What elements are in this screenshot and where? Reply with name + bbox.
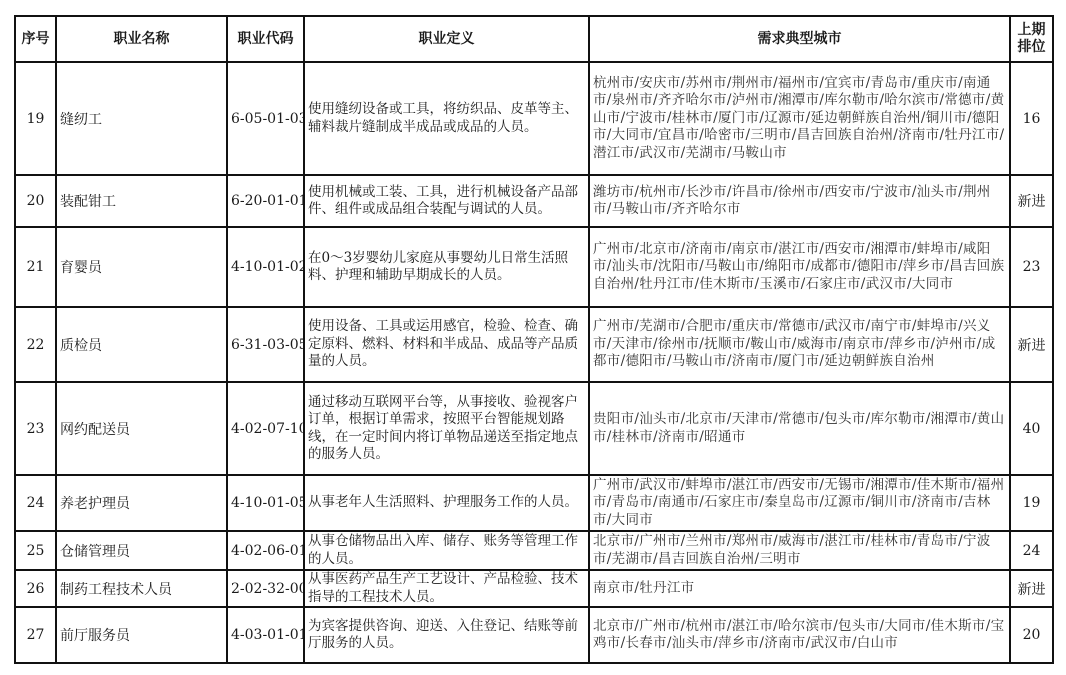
row-definition: 从事老年人生活照料、护理服务工作的人员。	[304, 475, 589, 531]
row-cities: 贵阳市/汕头市/北京市/天津市/常德市/包头市/库尔勒市/湘潭市/黄山市/桂林市…	[589, 382, 1010, 475]
row-name: 装配钳工	[56, 175, 227, 227]
row-cities: 广州市/芜湖市/合肥市/重庆市/常德市/武汉市/南宁市/蚌埠市/兴义市/天津市/…	[589, 307, 1010, 382]
table-row: 24 养老护理员 4-10-01-05 从事老年人生活照料、护理服务工作的人员。…	[15, 475, 1053, 531]
row-code: 4-10-01-05	[227, 475, 304, 531]
row-definition: 为宾客提供咨询、迎送、入住登记、结账等前厅服务的人员。	[304, 607, 589, 663]
header-prev-rank: 上期排位	[1010, 16, 1053, 62]
row-index: 25	[15, 531, 56, 570]
row-code: 4-02-07-10	[227, 382, 304, 475]
row-cities: 北京市/广州市/杭州市/湛江市/哈尔滨市/包头市/大同市/佳木斯市/宝鸡市/长春…	[589, 607, 1010, 663]
header-code: 职业代码	[227, 16, 304, 62]
row-index: 20	[15, 175, 56, 227]
row-index: 26	[15, 570, 56, 607]
table-row: 25 仓储管理员 4-02-06-01 从事仓储物品出入库、储存、账务等管理工作…	[15, 531, 1053, 570]
row-code: 4-03-01-01	[227, 607, 304, 663]
row-cities: 广州市/武汉市/蚌埠市/湛江市/西安市/无锡市/湘潭市/佳木斯市/福州市/青岛市…	[589, 475, 1010, 531]
row-prev-rank: 40	[1010, 382, 1053, 475]
row-prev-rank: 16	[1010, 62, 1053, 175]
row-name: 制药工程技术人员	[56, 570, 227, 607]
row-definition: 使用设备、工具或运用感官，检验、检查、确定原料、燃料、材料和半成品、成品等产品质…	[304, 307, 589, 382]
row-code: 2-02-32-00	[227, 570, 304, 607]
table-row: 23 网约配送员 4-02-07-10 通过移动互联网平台等，从事接收、验视客户…	[15, 382, 1053, 475]
row-prev-rank: 23	[1010, 227, 1053, 307]
row-code: 4-02-06-01	[227, 531, 304, 570]
row-code: 6-31-03-05	[227, 307, 304, 382]
row-definition: 在0～3岁婴幼儿家庭从事婴幼儿日常生活照料、护理和辅助早期成长的人员。	[304, 227, 589, 307]
row-definition: 使用机械或工装、工具，进行机械设备产品部件、组件或成品组合装配与调试的人员。	[304, 175, 589, 227]
row-definition: 从事医药产品生产工艺设计、产品检验、技术指导的工程技术人员。	[304, 570, 589, 607]
table-row: 26 制药工程技术人员 2-02-32-00 从事医药产品生产工艺设计、产品检验…	[15, 570, 1053, 607]
row-code: 6-05-01-03	[227, 62, 304, 175]
table-row: 19 缝纫工 6-05-01-03 使用缝纫设备或工具，将纺织品、皮革等主、辅料…	[15, 62, 1053, 175]
header-row: 序号 职业名称 职业代码 职业定义 需求典型城市 上期排位	[15, 16, 1053, 62]
row-cities: 广州市/北京市/济南市/南京市/湛江市/西安市/湘潭市/蚌埠市/咸阳市/汕头市/…	[589, 227, 1010, 307]
row-name: 缝纫工	[56, 62, 227, 175]
row-index: 22	[15, 307, 56, 382]
table-row: 27 前厅服务员 4-03-01-01 为宾客提供咨询、迎送、入住登记、结账等前…	[15, 607, 1053, 663]
row-index: 19	[15, 62, 56, 175]
row-cities: 南京市/牡丹江市	[589, 570, 1010, 607]
row-name: 网约配送员	[56, 382, 227, 475]
row-definition: 使用缝纫设备或工具，将纺织品、皮革等主、辅料裁片缝制成半成品或成品的人员。	[304, 62, 589, 175]
row-prev-rank: 19	[1010, 475, 1053, 531]
row-name: 仓储管理员	[56, 531, 227, 570]
table-row: 20 装配钳工 6-20-01-01 使用机械或工装、工具，进行机械设备产品部件…	[15, 175, 1053, 227]
header-cities: 需求典型城市	[589, 16, 1010, 62]
row-name: 质检员	[56, 307, 227, 382]
table-row: 21 育婴员 4-10-01-02 在0～3岁婴幼儿家庭从事婴幼儿日常生活照料、…	[15, 227, 1053, 307]
row-index: 27	[15, 607, 56, 663]
row-name: 育婴员	[56, 227, 227, 307]
table-row: 22 质检员 6-31-03-05 使用设备、工具或运用感官，检验、检查、确定原…	[15, 307, 1053, 382]
row-index: 23	[15, 382, 56, 475]
header-name: 职业名称	[56, 16, 227, 62]
row-prev-rank: 新进	[1010, 307, 1053, 382]
row-prev-rank: 24	[1010, 531, 1053, 570]
row-code: 6-20-01-01	[227, 175, 304, 227]
row-prev-rank: 20	[1010, 607, 1053, 663]
row-cities: 潍坊市/杭州市/长沙市/许昌市/徐州市/西安市/宁波市/汕头市/荆州市/马鞍山市…	[589, 175, 1010, 227]
row-index: 21	[15, 227, 56, 307]
row-cities: 杭州市/安庆市/苏州市/荆州市/福州市/宜宾市/青岛市/重庆市/南通市/泉州市/…	[589, 62, 1010, 175]
row-definition: 通过移动互联网平台等，从事接收、验视客户订单，根据订单需求，按照平台智能规划路线…	[304, 382, 589, 475]
row-code: 4-10-01-02	[227, 227, 304, 307]
row-prev-rank: 新进	[1010, 570, 1053, 607]
occupation-demand-table: 序号 职业名称 职业代码 职业定义 需求典型城市 上期排位 19 缝纫工 6-0…	[14, 15, 1054, 664]
row-index: 24	[15, 475, 56, 531]
row-name: 前厅服务员	[56, 607, 227, 663]
header-definition: 职业定义	[304, 16, 589, 62]
row-cities: 北京市/广州市/兰州市/郑州市/威海市/湛江市/桂林市/青岛市/宁波市/芜湖市/…	[589, 531, 1010, 570]
header-index: 序号	[15, 16, 56, 62]
row-definition: 从事仓储物品出入库、储存、账务等管理工作的人员。	[304, 531, 589, 570]
row-prev-rank: 新进	[1010, 175, 1053, 227]
row-name: 养老护理员	[56, 475, 227, 531]
